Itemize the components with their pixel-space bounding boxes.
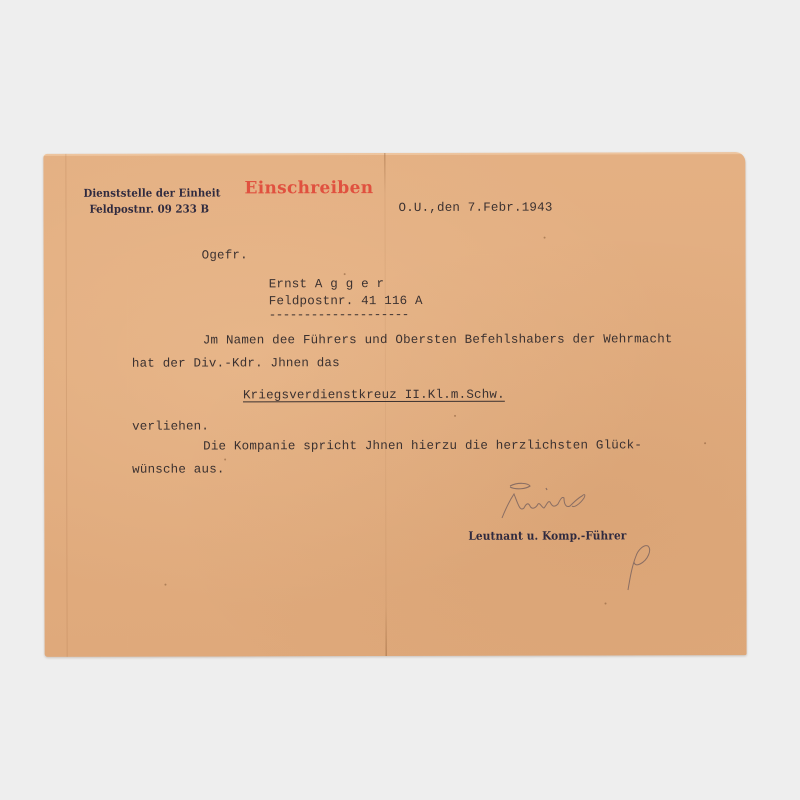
- unit-stamp-line-2: Feldpostnr. 09 233 B: [89, 202, 209, 215]
- left-fold-line: [65, 154, 67, 657]
- registered-mail-stamp: Einschreiben: [244, 178, 373, 198]
- body-line-2: hat der Div.-Kdr. Jhnen das: [132, 356, 340, 371]
- award-name: Kriegsverdienstkreuz II.Kl.m.Schw.: [243, 388, 505, 403]
- unit-stamp-line-1: Dienststelle der Einheit: [83, 186, 220, 199]
- center-fold-line: [384, 153, 386, 656]
- paper-specks: [43, 152, 745, 154]
- recipient-separator: --------------------: [269, 311, 409, 319]
- place-date: O.U.,den 7.Febr.1943: [398, 201, 552, 215]
- recipient-rank: Ogefr.: [202, 248, 248, 262]
- body-line-4: Die Kompanie spricht Jhnen hierzu die he…: [203, 438, 642, 453]
- signatory-title-stamp: Leutnant u. Komp.-Führer: [468, 528, 626, 542]
- body-line-5: wünsche aus.: [132, 462, 224, 476]
- body-line-1: Jm Namen dee Führers und Obersten Befehl…: [203, 332, 673, 347]
- scan-background: Dienststelle der Einheit Feldpostnr. 09 …: [0, 0, 800, 800]
- handwritten-initial: [618, 538, 658, 598]
- handwritten-signature: [480, 478, 600, 528]
- recipient-fieldpost-number: Feldpostnr. 41 116 A: [269, 294, 423, 308]
- recipient-name: Ernst A g g e r: [269, 277, 385, 291]
- body-line-3: verliehen.: [132, 419, 209, 433]
